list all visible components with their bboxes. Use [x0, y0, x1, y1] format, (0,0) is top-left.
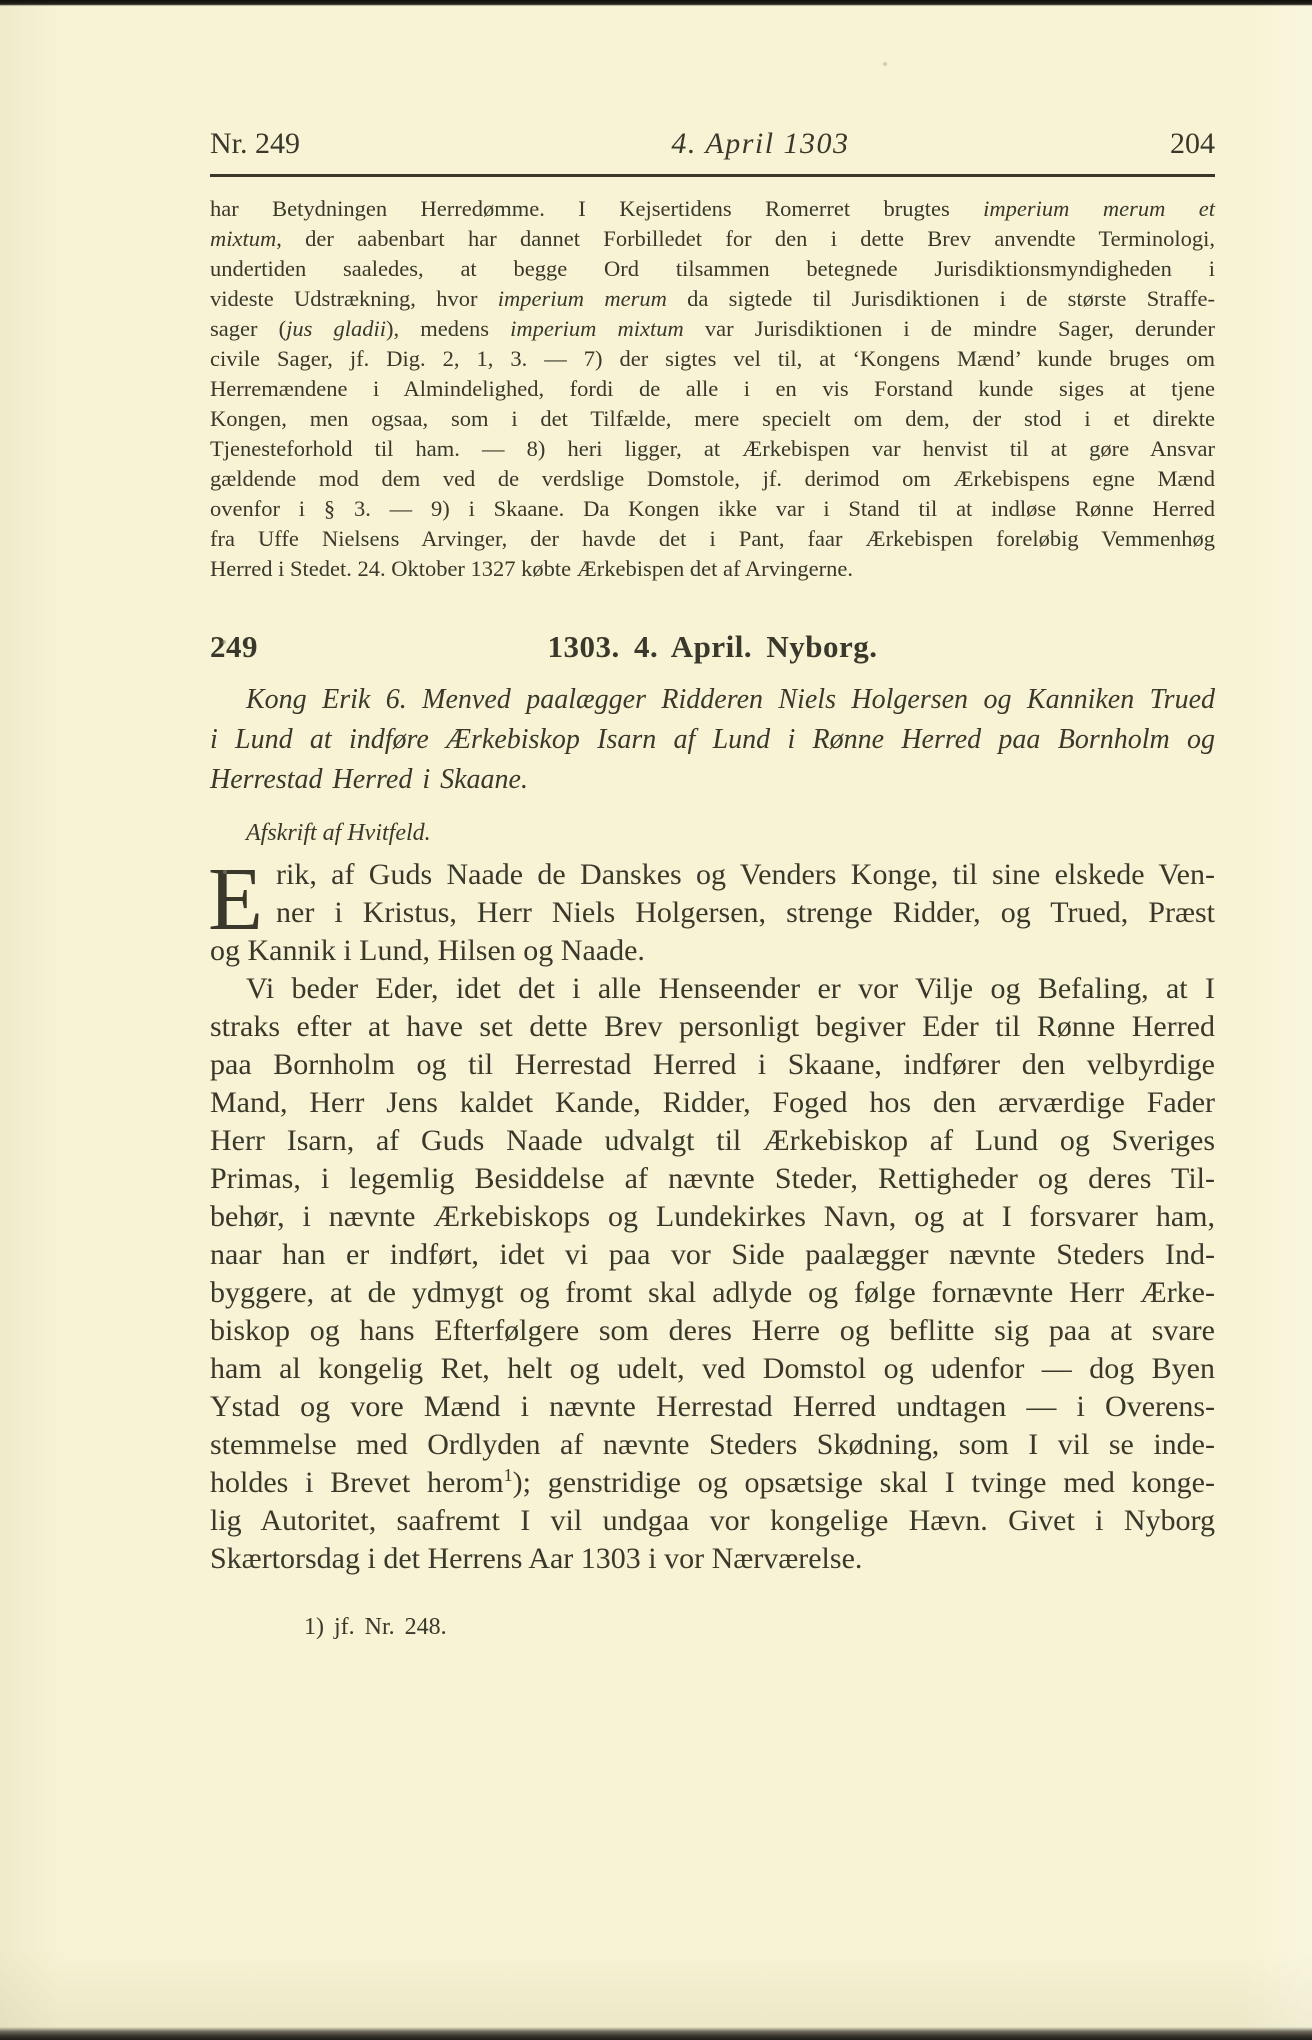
entry-number: 249	[210, 628, 258, 666]
letter-body-lines: rik, af Guds Naade de Danskes og Venders…	[210, 856, 1215, 1578]
text-line: Herred i Stedet. 24. Oktober 1327 købte …	[210, 554, 1215, 584]
text-line: Skærtorsdag i det Herrens Aar 1303 i vor…	[210, 1540, 1215, 1578]
text-line: byggere, at de ydmygt og fromt skal adly…	[210, 1274, 1215, 1312]
header-page-number: 204	[1170, 126, 1215, 162]
text-line: behør, i nævnte Ærkebiskops og Lundekirk…	[210, 1198, 1215, 1236]
text-line: Kong Erik 6. Menved paalægger Ridderen N…	[210, 680, 1215, 720]
text-line: paa Bornholm og til Herrestad Herred i S…	[210, 1046, 1215, 1084]
text-line: holdes i Brevet herom1); genstridige og …	[210, 1464, 1215, 1502]
text-line: biskop og hans Efterfølgere som deres He…	[210, 1312, 1215, 1350]
paper-speck	[223, 870, 227, 874]
header-date: 4. April 1303	[258, 126, 1263, 162]
entry-source: Afskrift af Hvitfeld.	[210, 818, 1215, 848]
book-page: Nr. 249 4. April 1303 204 har Betydninge…	[0, 0, 1312, 2040]
text-line: civile Sager, jf. Dig. 2, 1, 3. — 7) der…	[210, 344, 1215, 374]
text-line: Tjenesteforhold til ham. — 8) heri ligge…	[210, 434, 1215, 464]
paper-speck	[883, 62, 887, 66]
text-line: mixtum, der aabenbart har dannet Forbill…	[210, 224, 1215, 254]
text-line: naar han er indført, idet vi paa vor Sid…	[210, 1236, 1215, 1274]
text-line: straks efter at have set dette Brev pers…	[210, 1008, 1215, 1046]
drop-cap: E	[208, 861, 263, 939]
text-line: undertiden saaledes, at begge Ord tilsam…	[210, 254, 1215, 284]
text-line: rik, af Guds Naade de Danskes og Venders…	[210, 856, 1215, 894]
letter-body: E rik, af Guds Naade de Danskes og Vende…	[210, 856, 1215, 1578]
text-line: Primas, i legemlig Besiddelse af nævnte …	[210, 1160, 1215, 1198]
text-line: fra Uffe Nielsens Arvinger, der havde de…	[210, 524, 1215, 554]
text-line: ovenfor i § 3. — 9) i Skaane. Da Kongen …	[210, 494, 1215, 524]
page-top-edge	[0, 0, 1312, 6]
text-line: i Lund at indføre Ærkebiskop Isarn af Lu…	[210, 720, 1215, 760]
text-line: ham al kongelig Ret, helt og udelt, ved …	[210, 1350, 1215, 1388]
text-line: lig Autoritet, saafremt I vil undgaa vor…	[210, 1502, 1215, 1540]
text-line: videste Udstrækning, hvor imperium merum…	[210, 284, 1215, 314]
text-line: Herrestad Herred i Skaane.	[210, 760, 1215, 800]
entry-heading: 249 1303. 4. April. Nyborg.	[210, 628, 1215, 666]
text-line: sager (jus gladii), medens imperium mixt…	[210, 314, 1215, 344]
text-line: Ystad og vore Mænd i nævnte Herrestad He…	[210, 1388, 1215, 1426]
entry-summary: Kong Erik 6. Menved paalægger Ridderen N…	[210, 680, 1215, 800]
page-bottom-edge	[0, 2027, 1312, 2040]
footnote: 1) jf. Nr. 248.	[210, 1612, 1215, 1642]
text-line: og Kannik i Lund, Hilsen og Naade.	[210, 932, 1215, 970]
header-rule	[210, 174, 1215, 177]
text-line: ner i Kristus, Herr Niels Holgersen, str…	[210, 894, 1215, 932]
text-line: Kongen, men ogsaa, som i det Tilfælde, m…	[210, 404, 1215, 434]
text-line: Herremændene i Almindelighed, fordi de a…	[210, 374, 1215, 404]
entry-title: 1303. 4. April. Nyborg.	[210, 628, 1215, 666]
paper-speck	[222, 640, 226, 644]
text-line: Herr Isarn, af Guds Naade udvalgt til Ær…	[210, 1122, 1215, 1160]
text-line: stemmelse med Ordlyden af nævnte Steders…	[210, 1426, 1215, 1464]
text-line: har Betydningen Herredømme. I Kejsertide…	[210, 194, 1215, 224]
running-header: Nr. 249 4. April 1303 204	[210, 126, 1215, 162]
text-line: gældende mod dem ved de verdslige Domsto…	[210, 464, 1215, 494]
text-line: Mand, Herr Jens kaldet Kande, Ridder, Fo…	[210, 1084, 1215, 1122]
continuation-paragraph: har Betydningen Herredømme. I Kejsertide…	[210, 194, 1215, 584]
text-line: Vi beder Eder, idet det i alle Henseende…	[210, 970, 1215, 1008]
